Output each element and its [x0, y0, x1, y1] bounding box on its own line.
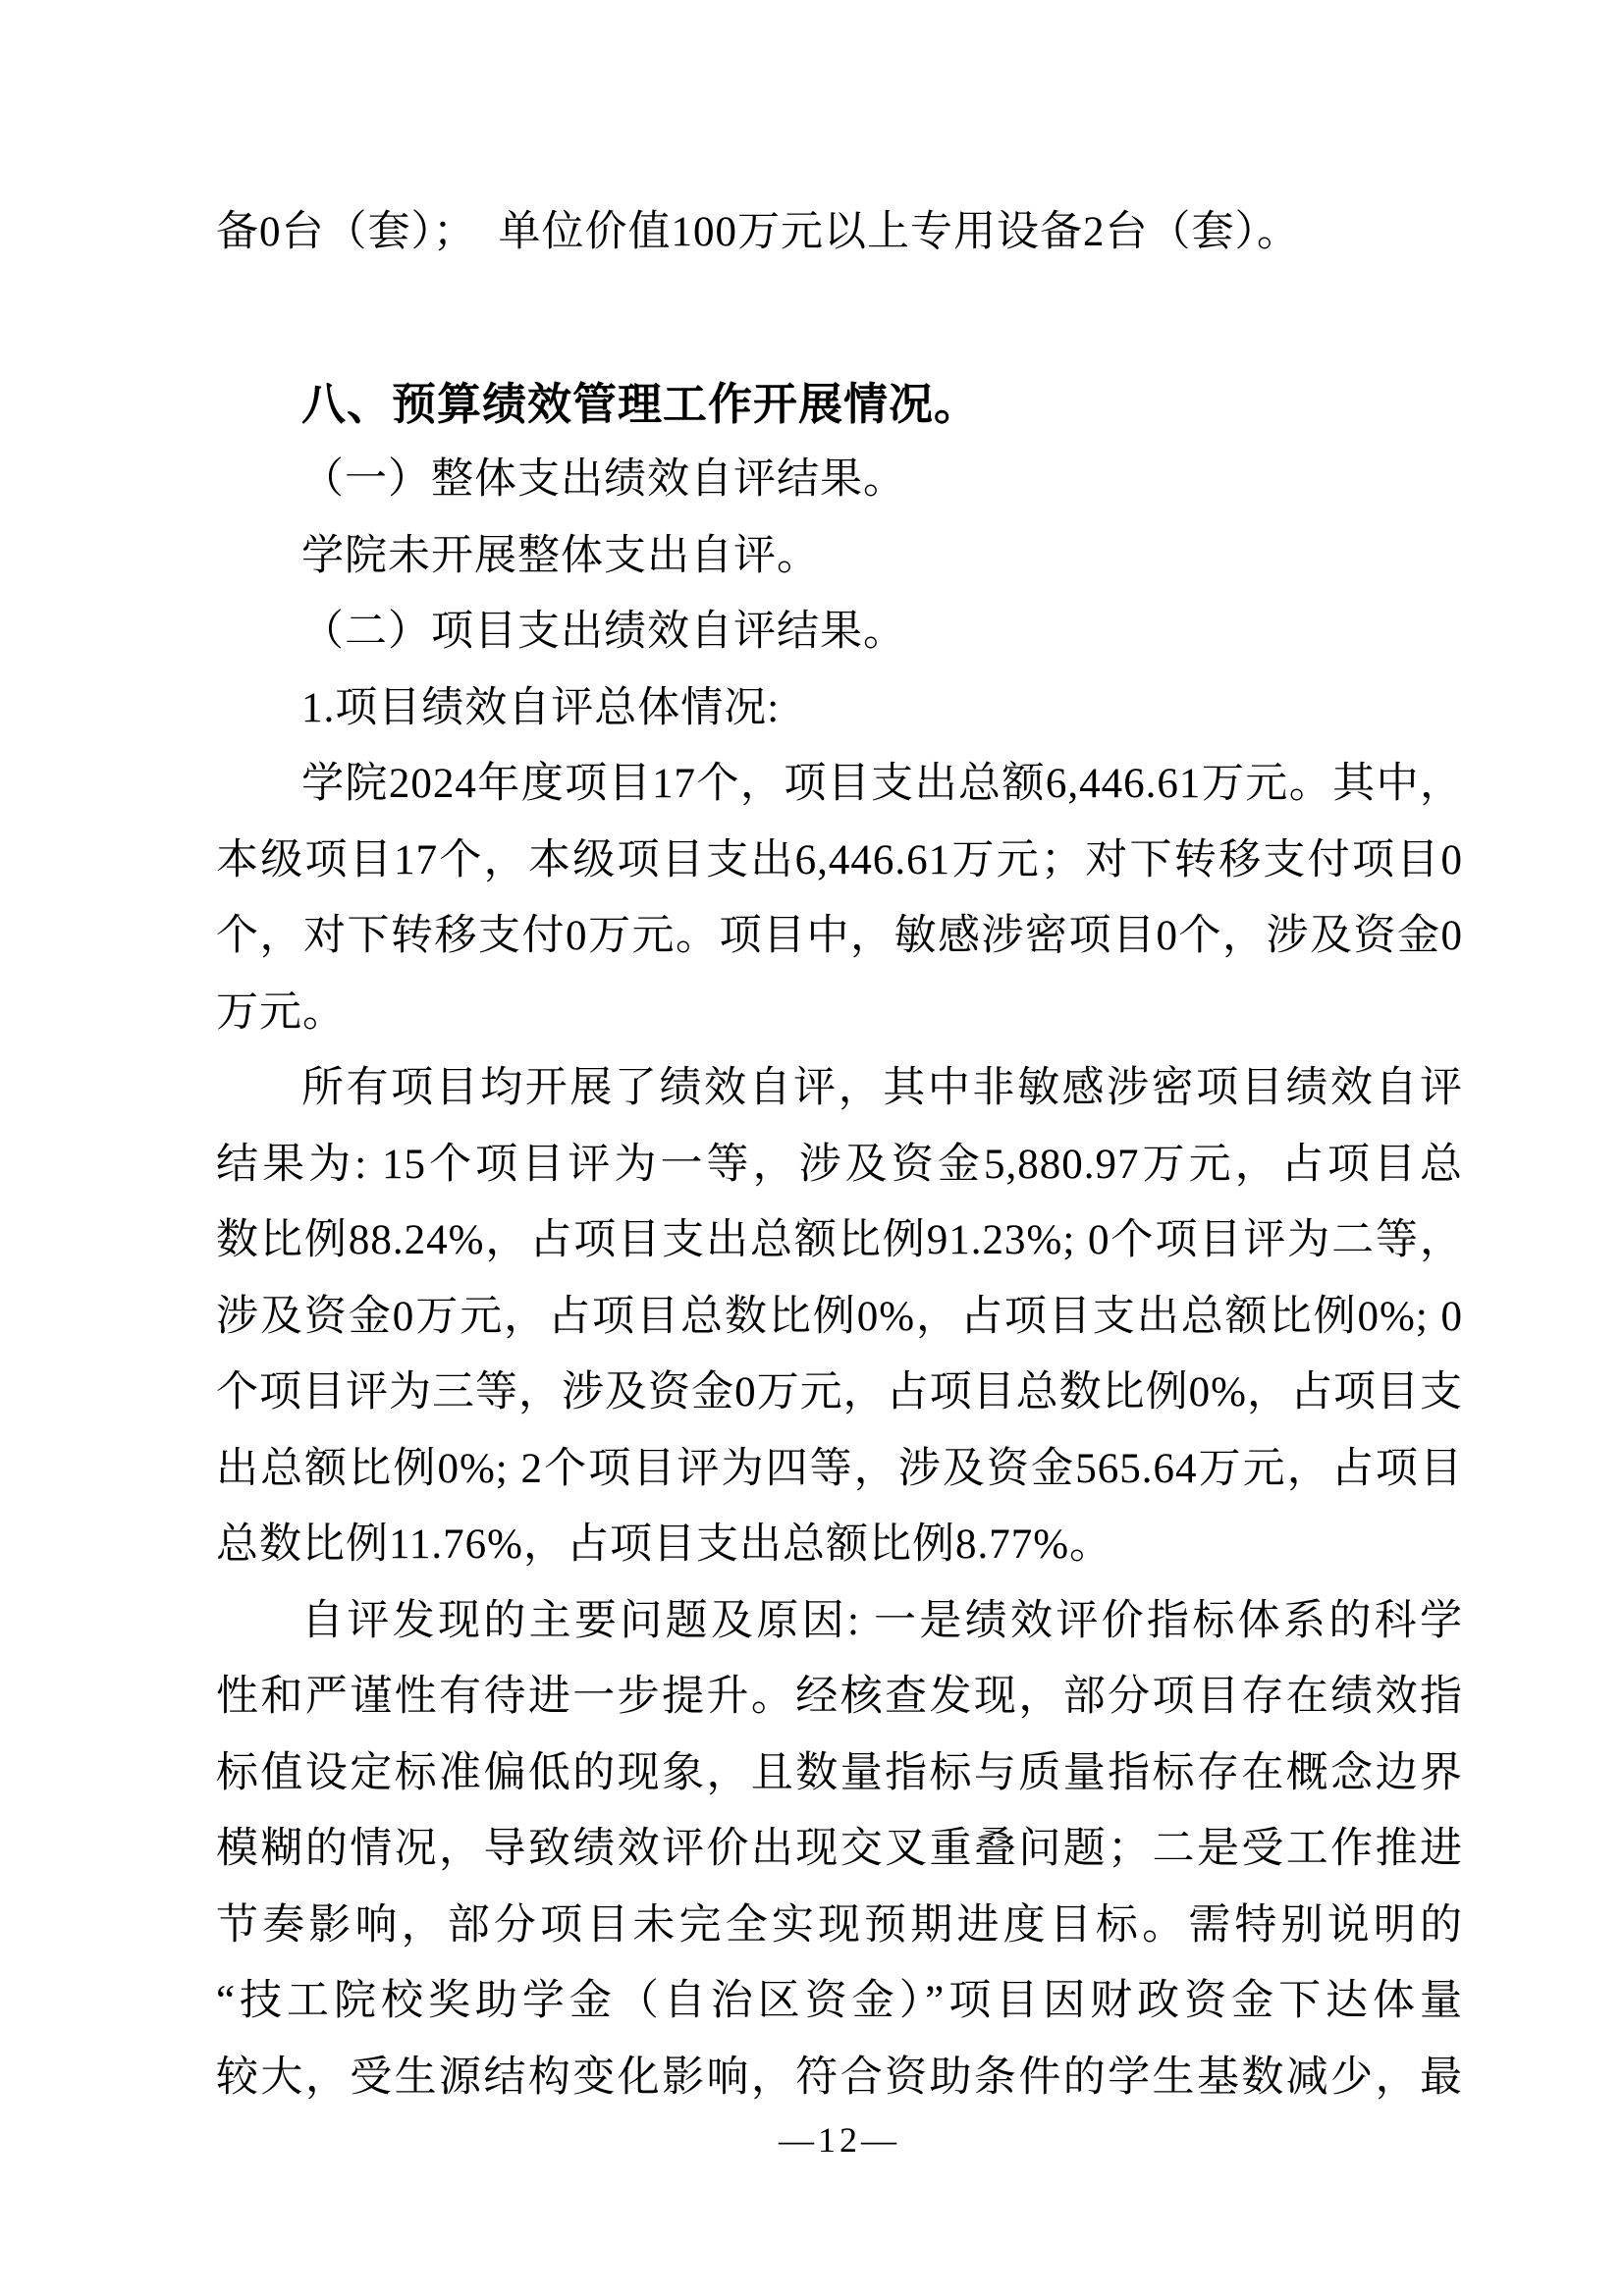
- paragraph-line: 所有项目均开展了绩效自评，其中非敏感涉密项目绩效自评: [216, 1050, 1463, 1127]
- paragraph-line: 数比例88.24%，占项目支出总额比例91.23%; 0个项目评为二等，: [216, 1202, 1463, 1279]
- paragraph-line: 结果为: 15个项目评为一等，涉及资金5,880.97万元，占项目总: [216, 1127, 1463, 1203]
- paragraph-line: 性和严谨性有待进一步提升。经核查发现，部分项目存在绩效指: [216, 1659, 1463, 1735]
- text-block: 备0台（套）； 单位价值100万元以上专用设备2台（套）。 八、预算绩效管理工作…: [216, 0, 1463, 2162]
- section-heading: 八、预算绩效管理工作开展情况。: [216, 366, 1463, 443]
- paragraph-line: 学院2024年度项目17个，项目支出总额6,446.61万元。其中，: [216, 746, 1463, 823]
- page-number: —12—: [216, 2118, 1463, 2162]
- paragraph-line: 万元。: [216, 975, 1463, 1051]
- paragraph-line: 涉及资金0万元，占项目总数比例0%，占项目支出总额比例0%; 0: [216, 1279, 1463, 1356]
- paragraph-line: 标值设定标准偏低的现象，且数量指标与质量指标存在概念边界: [216, 1735, 1463, 1812]
- paragraph-line: 出总额比例0%; 2个项目评为四等，涉及资金565.64万元，占项目: [216, 1431, 1463, 1508]
- subsection-heading: （二）项目支出绩效自评结果。: [216, 594, 1463, 670]
- paragraph-line: 总数比例11.76%，占项目支出总额比例8.77%。: [216, 1507, 1463, 1583]
- paragraph-line: 个，对下转移支付0万元。项目中，敏感涉密项目0个，涉及资金0: [216, 898, 1463, 975]
- paragraph-line: 自评发现的主要问题及原因: 一是绩效评价指标体系的科学: [216, 1583, 1463, 1660]
- list-item-heading: 1.项目绩效自评总体情况:: [216, 670, 1463, 747]
- subsection-heading: （一）整体支出绩效自评结果。: [216, 442, 1463, 518]
- document-page: { "page": { "lines": [ { "text": "备0台（套）…: [0, 0, 1624, 2296]
- paragraph-line: 较大，受生源结构变化影响，符合资助条件的学生基数减少，最: [216, 2040, 1463, 2116]
- paragraph-line: 学院未开展整体支出自评。: [216, 518, 1463, 595]
- paragraph-line: 节奏影响，部分项目未完全实现预期进度目标。需特别说明的是，: [216, 1888, 1463, 1964]
- paragraph-continuation-line: 备0台（套）； 单位价值100万元以上专用设备2台（套）。: [216, 194, 1463, 271]
- paragraph-line: 模糊的情况，导致绩效评价出现交叉重叠问题；二是受工作推进: [216, 1811, 1463, 1888]
- paragraph-line: 本级项目17个，本级项目支出6,446.61万元；对下转移支付项目0: [216, 823, 1463, 899]
- paragraph-line: 个项目评为三等，涉及资金0万元，占项目总数比例0%，占项目支: [216, 1355, 1463, 1431]
- paragraph-line: “技工院校奖助学金（自治区资金）”项目因财政资金下达体量: [216, 1963, 1463, 2040]
